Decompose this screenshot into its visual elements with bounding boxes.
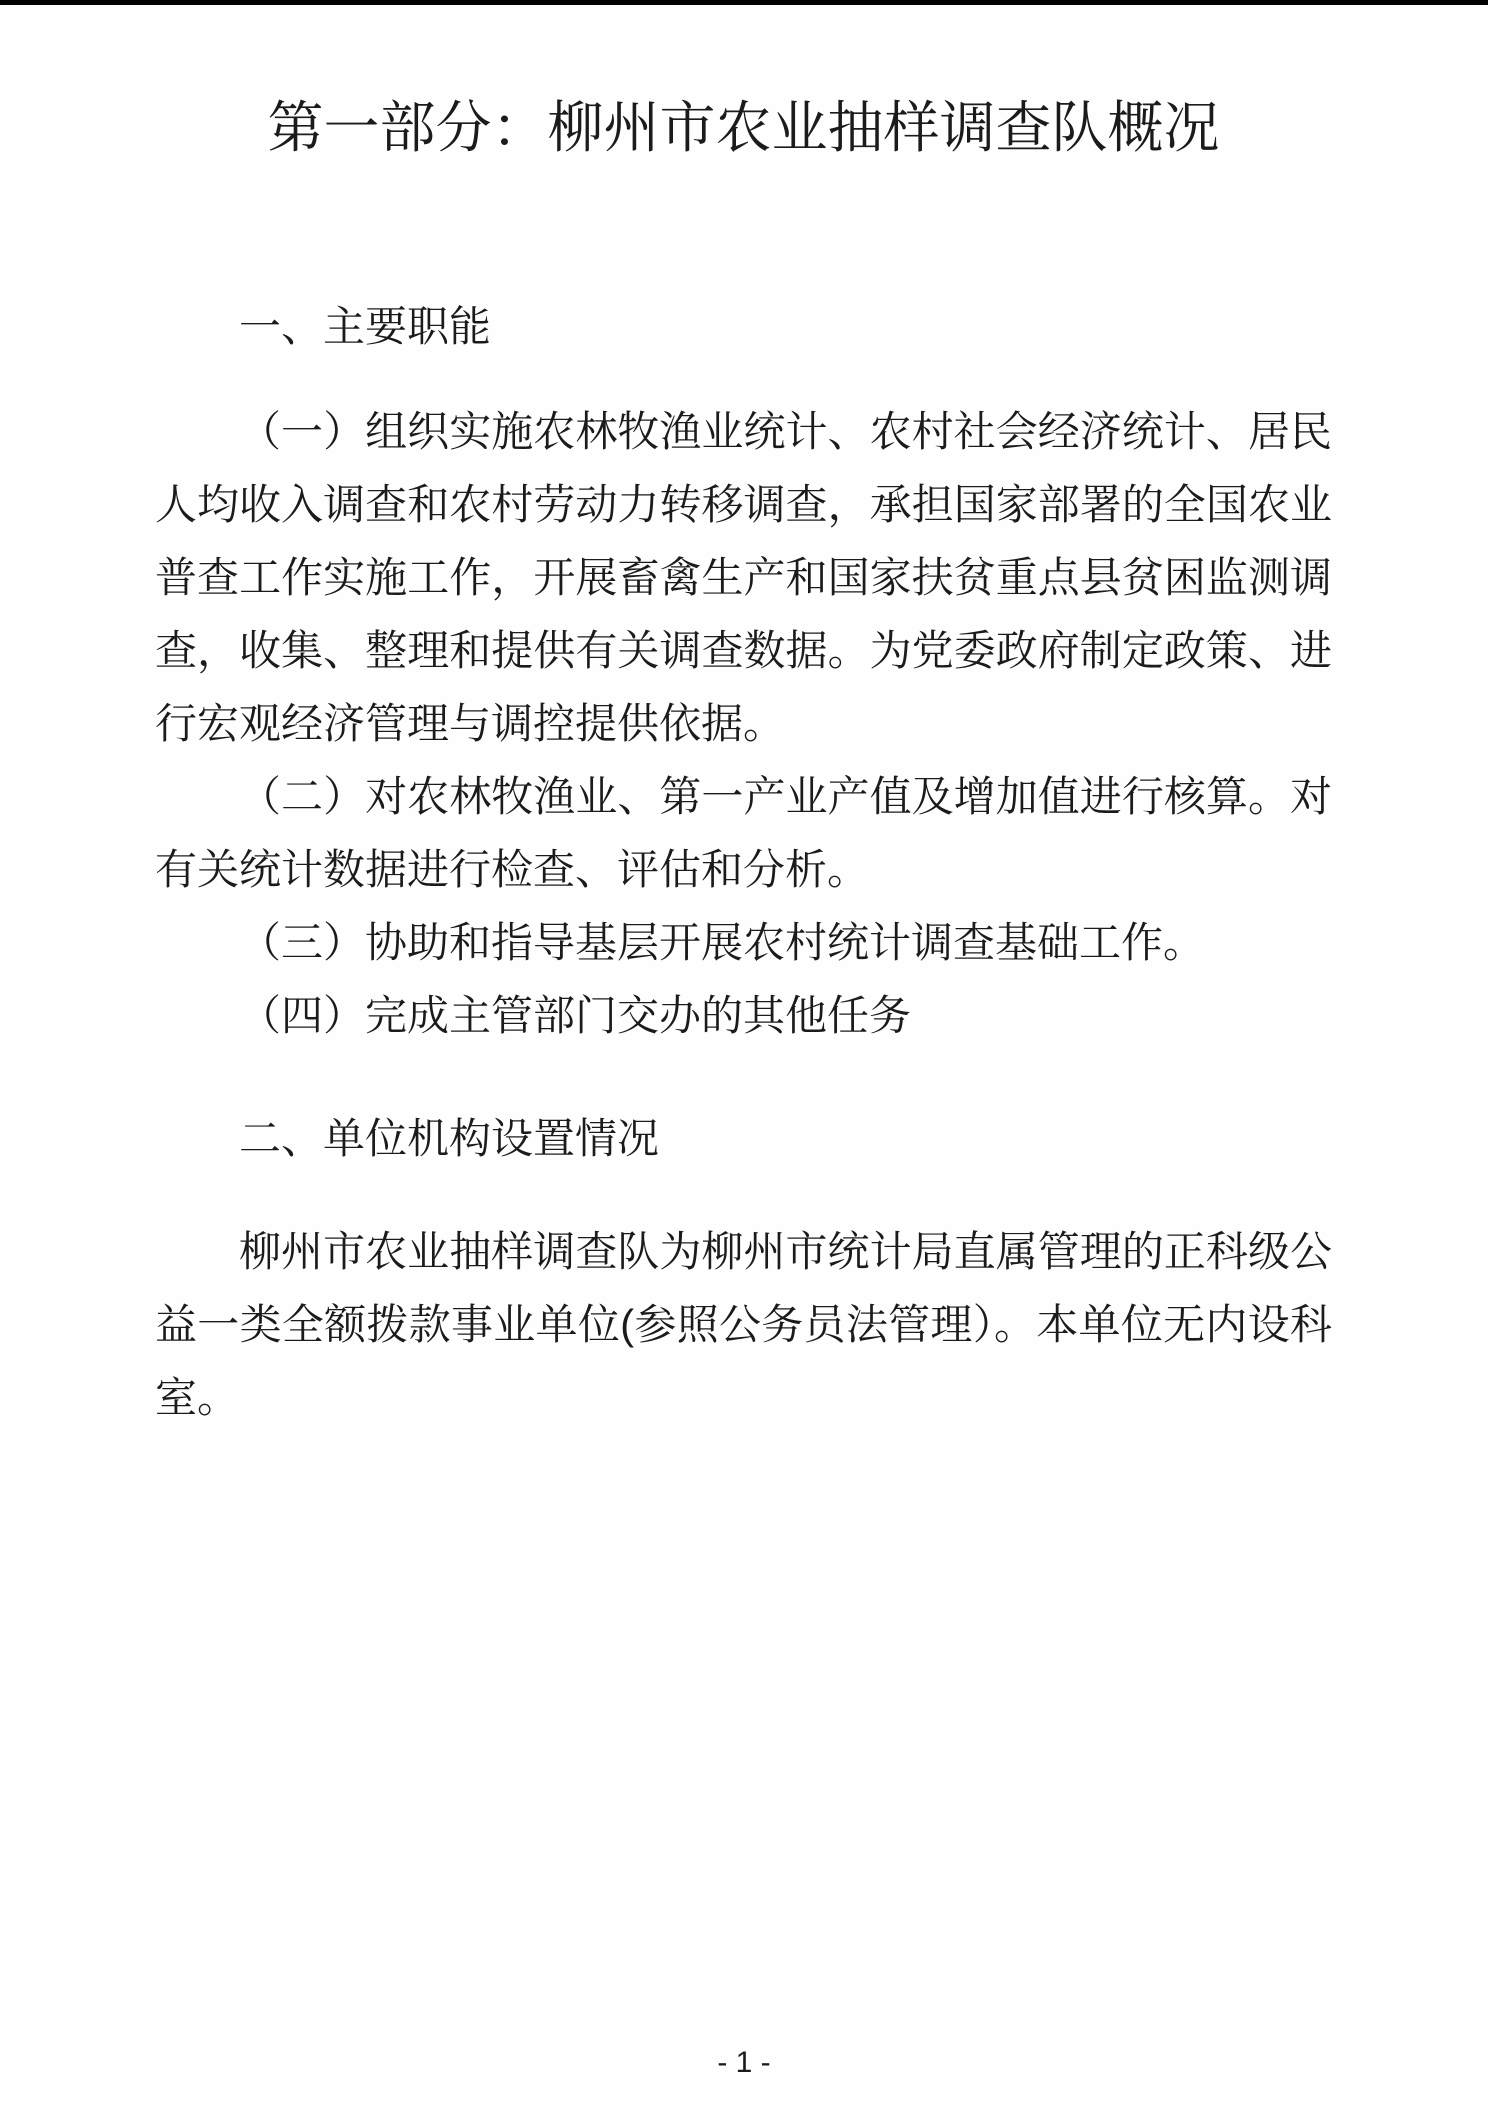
- section-2-heading: 二、单位机构设置情况: [155, 1102, 1332, 1175]
- top-edge-bar: [0, 0, 1488, 5]
- section-1-paragraph-1: （一）组织实施农林牧渔业统计、农村社会经济统计、居民人均收入调查和农村劳动力转移…: [155, 395, 1332, 760]
- section-1-heading: 一、主要职能: [155, 290, 1332, 363]
- section-2-paragraph-1: 柳州市农业抽样调查队为柳州市统计局直属管理的正科级公益一类全额拨款事业单位(参照…: [155, 1215, 1332, 1434]
- document-content: 第一部分：柳州市农业抽样调查队概况 一、主要职能 （一）组织实施农林牧渔业统计、…: [0, 0, 1488, 1434]
- section-1-paragraph-2: （二）对农林牧渔业、第一产业产值及增加值进行核算。对有关统计数据进行检查、评估和…: [155, 760, 1332, 906]
- section-1-paragraph-4: （四）完成主管部门交办的其他任务: [155, 979, 1332, 1052]
- section-1-paragraph-3: （三）协助和指导基层开展农村统计调查基础工作。: [155, 906, 1332, 979]
- document-page: 第一部分：柳州市农业抽样调查队概况 一、主要职能 （一）组织实施农林牧渔业统计、…: [0, 0, 1488, 2104]
- document-title: 第一部分：柳州市农业抽样调查队概况: [155, 85, 1332, 170]
- page-number: - 1 -: [0, 2046, 1488, 2080]
